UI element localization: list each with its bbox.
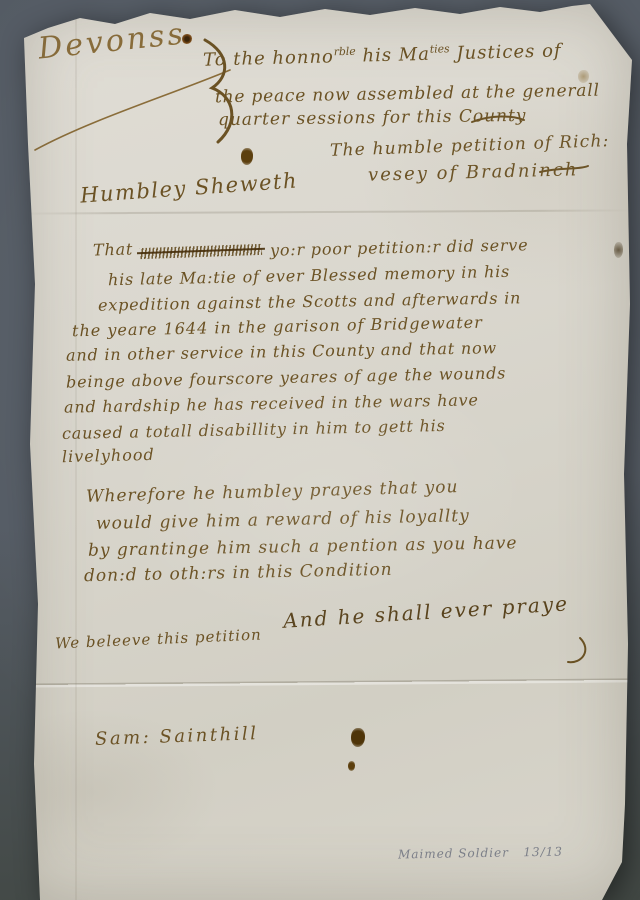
photo-background: Devonss To the honnorble his Maties Just…: [0, 0, 640, 900]
ink-blot-signature: [351, 728, 365, 747]
fold-crease-top: [20, 209, 632, 214]
address-line-1: To the honnorble his Maties Justices of: [203, 39, 562, 70]
body-line-5: and in other service in this County and …: [66, 338, 497, 365]
prayer-line-4: don:d to oth:rs in this Condition: [84, 560, 393, 586]
prayer-line-1: Wherefore he humbley prayes that you: [86, 477, 459, 507]
petition-document: Devonss To the honnorble his Maties Just…: [20, 4, 632, 900]
body-line-1-start: That: [93, 239, 134, 259]
petition-title-line-2: vesey of Bradninch: [368, 159, 579, 186]
prayer-line-2: would give him a reward of his loyallty: [96, 506, 470, 534]
superscript-rble: rble: [334, 45, 356, 59]
address-line-1-end: Justices of: [449, 40, 561, 64]
address-line-2: the peace now assembled at the generall: [215, 81, 600, 108]
body-line-7: and hardship he has received in the wars…: [64, 390, 479, 416]
body-line-8: caused a totall disabillity in him to ge…: [62, 416, 446, 443]
signature: Sam: Sainthill: [95, 723, 259, 750]
fold-crease-bottom: [20, 678, 632, 687]
ink-blot: [241, 148, 253, 165]
salutation: Humbley Sheweth: [79, 168, 298, 207]
address-line-3: quarter sessions for this County: [218, 106, 527, 130]
prayer-line-3: by grantinge him such a pention as you h…: [88, 533, 518, 560]
body-line-1: yo:r poor petition:r did serve: [270, 235, 529, 259]
closing-prayer: And he shall ever praye: [283, 591, 570, 632]
edge-stain: [614, 242, 623, 258]
document-shadow: Devonss To the honnorble his Maties Just…: [0, 0, 640, 900]
address-line-1-mid: his Ma: [355, 44, 430, 67]
body-line-3: expedition against the Scotts and afterw…: [98, 288, 522, 314]
address-line-1-text: To the honno: [203, 46, 334, 70]
archival-note-text: Maimed Soldier: [398, 846, 509, 862]
body-line-2: his late Ma:tie of ever Blessed memory i…: [108, 262, 510, 289]
petition-title-line-1: The humble petition of Rich:: [330, 131, 610, 161]
archival-note-reference: 13/13: [523, 845, 563, 860]
archival-note: Maimed Soldier 13/13: [398, 845, 563, 862]
endorsement-note: We beleeve this petition: [55, 625, 262, 652]
superscript-ties: ties: [430, 42, 450, 56]
crossed-out-name: [140, 244, 262, 259]
ink-blot-small: [348, 761, 355, 771]
body-line-9: livelyhood: [62, 445, 155, 466]
body-line-4: the yeare 1644 in the garison of Bridgew…: [72, 313, 483, 341]
county-heading: Devonss: [37, 16, 188, 66]
body-line-6: beinge above fourscore yeares of age the…: [66, 363, 506, 391]
